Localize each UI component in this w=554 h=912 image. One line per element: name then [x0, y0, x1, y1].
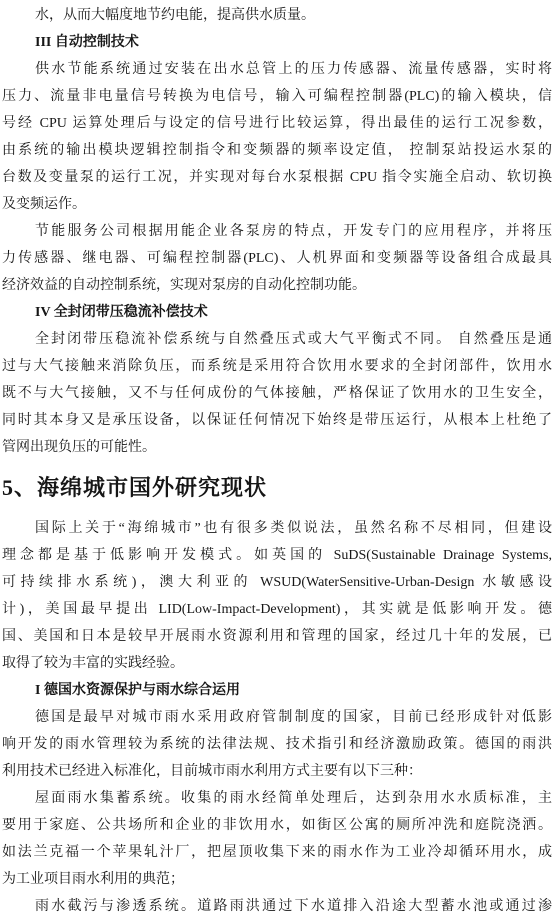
text-line: 响开发的雨水管理较为系统的法律法规、技术指引和经济激励政策。德国的雨洪 — [2, 731, 552, 758]
text-line: 国际上关于“海绵城市”也有很多类似说法，虽然名称不尽相同，但建设 — [2, 515, 552, 542]
text-line: 为工业项目雨水利用的典范； — [2, 866, 552, 893]
text-line: 全封闭带压稳流补偿系统与自然叠压式或大气平衡式不同。 自然叠压是通 — [2, 326, 552, 353]
text-line: 可持续排水系统)，澳大利亚的 WSUD(WaterSensitive-Urban… — [2, 569, 552, 596]
subsection-heading: III 自动控制技术 — [2, 29, 552, 56]
text-line: 力传感器、继电器、可编程控制器(PLC)、人机界面和变频器等设备组合成最具 — [2, 245, 552, 272]
text-line: 利用技术已经进入标准化，目前城市雨水利用方式主要有以下三种： — [2, 758, 552, 785]
text-line: 号经 CPU 运算处理后与设定的信号进行比较运算，得出最佳的运行工况参数， — [2, 110, 552, 137]
text-line: 供水节能系统通过安装在出水总管上的压力传感器、流量传感器，实时将 — [2, 56, 552, 83]
section-heading: 5、海绵城市国外研究现状 — [2, 473, 552, 503]
text-line: 计)，美国最早提出 LID(Low-Impact-Development)，其实… — [2, 596, 552, 623]
text-line: 压力、流量非电量信号转换为电信号，输入可编程控制器(PLC)的输入模块，信 — [2, 83, 552, 110]
text-line: 理念都是基于低影响开发模式。如英国的 SuDS(Sustainable Drai… — [2, 542, 552, 569]
text-line: 过与大气接触来消除负压，而系统是采用符合饮用水要求的全封闭部件，饮用水 — [2, 353, 552, 380]
subsection-heading: IV 全封闭带压稳流补偿技术 — [2, 299, 552, 326]
text-line: 节能服务公司根据用能企业各泵房的特点，开发专门的应用程序，并将压 — [2, 218, 552, 245]
text-line: 水，从而大幅度地节约电能，提高供水质量。 — [2, 2, 552, 29]
text-line: 德国是最早对城市雨水采用政府管制制度的国家，目前已经形成针对低影 — [2, 704, 552, 731]
text-line: 管网出现负压的可能性。 — [2, 434, 552, 461]
text-line: 国、美国和日本是较早开展雨水资源利用和管理的国家，经过几十年的发展，已 — [2, 623, 552, 650]
text-line: 由系统的输出模块逻辑控制指令和变频器的频率设定值， 控制泵站投运水泵的 — [2, 137, 552, 164]
text-line: 要用于家庭、公共场所和企业的非饮用水，如街区公寓的厕所冲洗和庭院浇洒。 — [2, 812, 552, 839]
text-line: 及变频运作。 — [2, 191, 552, 218]
subsection-heading: I 德国水资源保护与雨水综合运用 — [2, 677, 552, 704]
text-line: 如法兰克福一个苹果轧汁厂，把屋顶收集下来的雨水作为工业冷却循环用水，成 — [2, 839, 552, 866]
text-line: 台数及变量泵的运行工况，并实现对每台水泵根据 CPU 指令实施全启动、软切换 — [2, 164, 552, 191]
text-line: 既不与大气接触，又不与任何成份的气体接触，严格保证了饮用水的卫生安全， — [2, 380, 552, 407]
text-line: 经济效益的自动控制系统，实现对泵房的自动化控制功能。 — [2, 272, 552, 299]
text-line: 屋面雨水集蓄系统。收集的雨水经简单处理后，达到杂用水水质标准，主 — [2, 785, 552, 812]
text-line: 取得了较为丰富的实践经验。 — [2, 650, 552, 677]
document-page: 水，从而大幅度地节约电能，提高供水质量。III 自动控制技术供水节能系统通过安装… — [0, 0, 554, 912]
text-line: 同时其本身又是承压设备，以保证任何情况下始终是带压运行，从根本上杜绝了 — [2, 407, 552, 434]
text-line: 雨水截污与渗透系统。道路雨洪通过下水道排入沿途大型蓄水池或通过渗 — [2, 893, 552, 912]
